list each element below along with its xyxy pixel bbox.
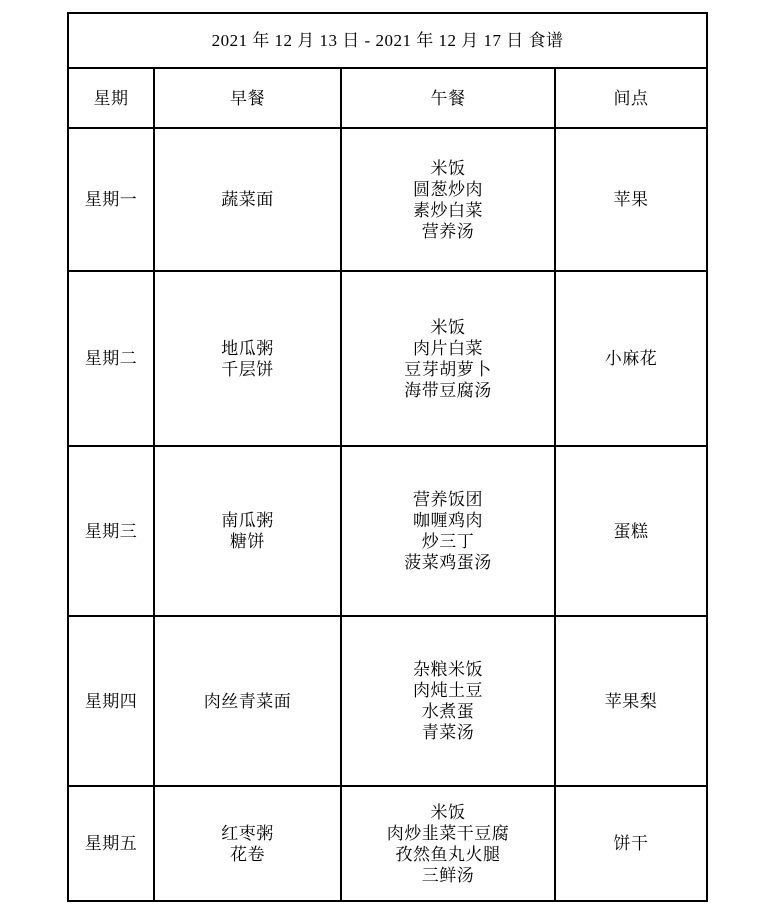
cell-lunch: 米饭 肉片白菜 豆芽胡萝卜 海带豆腐汤 xyxy=(341,271,555,446)
header-lunch: 午餐 xyxy=(341,68,555,128)
cell-lunch: 杂粮米饭 肉炖土豆 水煮蛋 青菜汤 xyxy=(341,616,555,786)
cell-day: 星期四 xyxy=(68,616,154,786)
table-row-friday: 星期五 红枣粥 花卷 米饭 肉炒韭菜干豆腐 孜然鱼丸火腿 三鲜汤 饼干 xyxy=(68,786,707,901)
cell-snack: 苹果 xyxy=(555,128,707,271)
table-row-monday: 星期一 蔬菜面 米饭 圆葱炒肉 素炒白菜 营养汤 苹果 xyxy=(68,128,707,271)
header-row: 星期 早餐 午餐 间点 xyxy=(68,68,707,128)
header-day: 星期 xyxy=(68,68,154,128)
menu-table: 2021 年 12 月 13 日 - 2021 年 12 月 17 日 食谱 星… xyxy=(67,12,708,902)
table-row-wednesday: 星期三 南瓜粥 糖饼 营养饭团 咖喱鸡肉 炒三丁 菠菜鸡蛋汤 蛋糕 xyxy=(68,446,707,616)
table-row-thursday: 星期四 肉丝青菜面 杂粮米饭 肉炖土豆 水煮蛋 青菜汤 苹果梨 xyxy=(68,616,707,786)
header-breakfast: 早餐 xyxy=(154,68,341,128)
cell-snack: 小麻花 xyxy=(555,271,707,446)
cell-breakfast: 红枣粥 花卷 xyxy=(154,786,341,901)
cell-breakfast: 蔬菜面 xyxy=(154,128,341,271)
cell-snack: 蛋糕 xyxy=(555,446,707,616)
cell-day: 星期五 xyxy=(68,786,154,901)
header-snack: 间点 xyxy=(555,68,707,128)
table-row-tuesday: 星期二 地瓜粥 千层饼 米饭 肉片白菜 豆芽胡萝卜 海带豆腐汤 小麻花 xyxy=(68,271,707,446)
document-page: 2021 年 12 月 13 日 - 2021 年 12 月 17 日 食谱 星… xyxy=(0,0,773,911)
cell-snack: 苹果梨 xyxy=(555,616,707,786)
cell-lunch: 米饭 肉炒韭菜干豆腐 孜然鱼丸火腿 三鲜汤 xyxy=(341,786,555,901)
cell-breakfast: 地瓜粥 千层饼 xyxy=(154,271,341,446)
cell-day: 星期二 xyxy=(68,271,154,446)
title-row: 2021 年 12 月 13 日 - 2021 年 12 月 17 日 食谱 xyxy=(68,13,707,68)
cell-snack: 饼干 xyxy=(555,786,707,901)
cell-day: 星期一 xyxy=(68,128,154,271)
table-title: 2021 年 12 月 13 日 - 2021 年 12 月 17 日 食谱 xyxy=(68,13,707,68)
cell-breakfast: 南瓜粥 糖饼 xyxy=(154,446,341,616)
cell-lunch: 营养饭团 咖喱鸡肉 炒三丁 菠菜鸡蛋汤 xyxy=(341,446,555,616)
cell-day: 星期三 xyxy=(68,446,154,616)
cell-lunch: 米饭 圆葱炒肉 素炒白菜 营养汤 xyxy=(341,128,555,271)
cell-breakfast: 肉丝青菜面 xyxy=(154,616,341,786)
